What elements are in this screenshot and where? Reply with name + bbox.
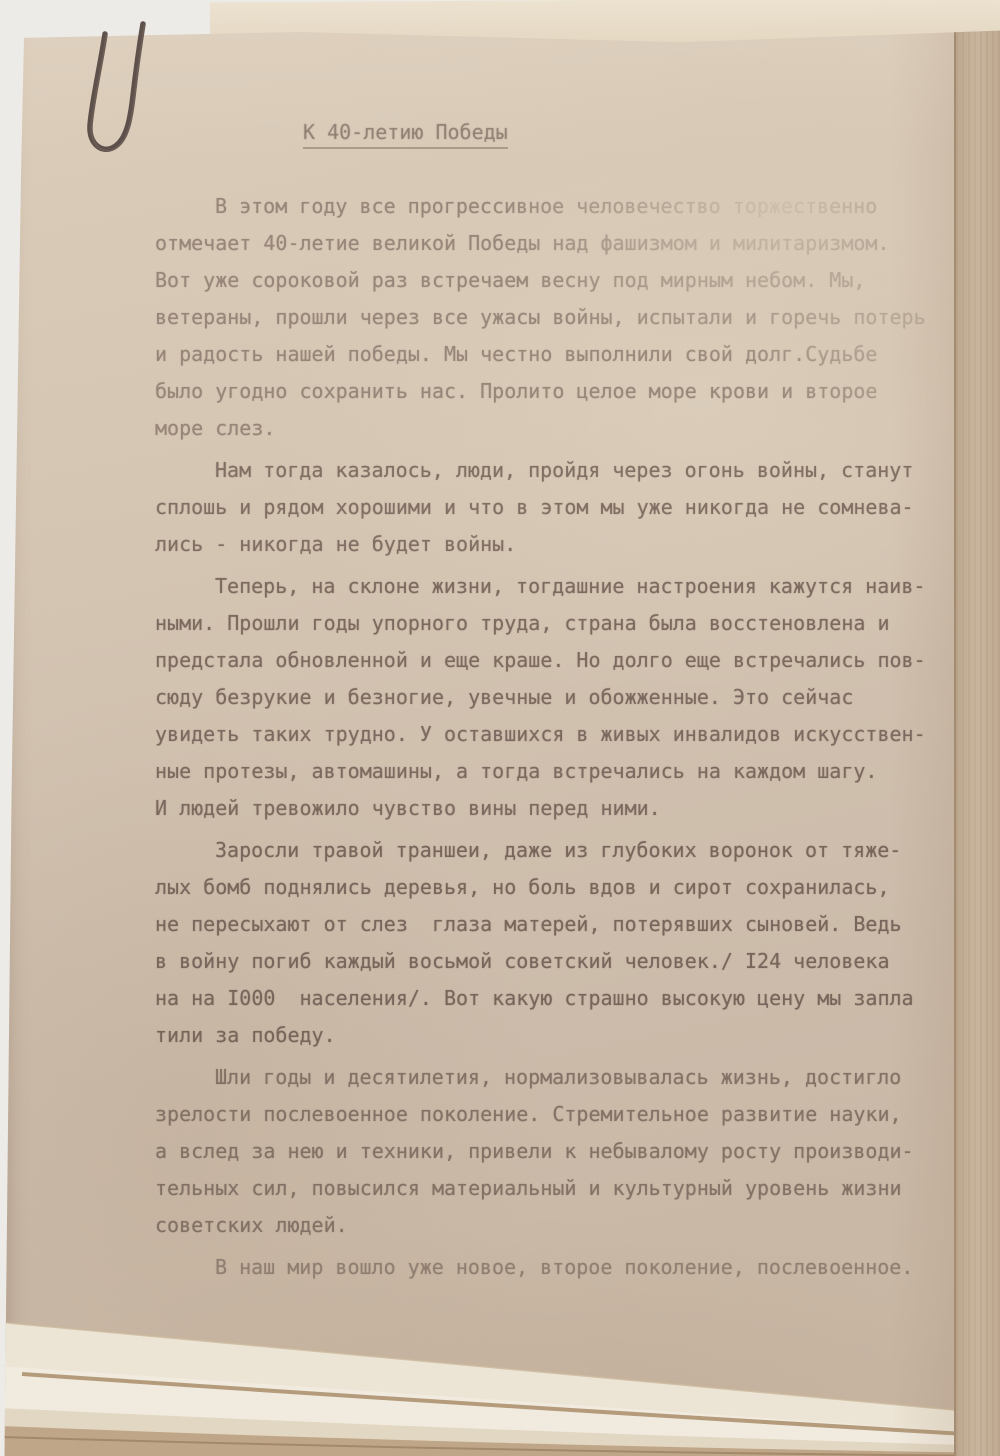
paragraph-4: Заросли травой траншеи, даже из глубоких… — [155, 832, 955, 1054]
text-line: Вот уже сороковой раз встречаем весну по… — [155, 262, 955, 299]
page-title: К 40-летию Победы — [303, 120, 508, 149]
text-line: и радость нашей победы. Мы честно выполн… — [155, 336, 955, 373]
text-line: а вслед за нею и техники, привели к небы… — [155, 1133, 955, 1170]
text-line: море слез. — [155, 410, 955, 447]
text-line: Нам тогда казалось, люди, пройдя через о… — [155, 452, 955, 489]
stacked-pages-bottom-edge — [0, 1296, 1000, 1456]
paragraph-1: В этом году все прогрессивное человечест… — [155, 188, 955, 447]
text-line: зрелости послевоенное поколение. Стремит… — [155, 1096, 955, 1133]
text-line: увидеть таких трудно. У оставшихся в жив… — [155, 716, 955, 753]
text-line: не пересыхают от слез глаза матерей, пот… — [155, 906, 955, 943]
text-line: тили за победу. — [155, 1017, 955, 1054]
text-line: лись - никогда не будет войны. — [155, 526, 955, 563]
text-line: ными. Прошли годы упорного труда, страна… — [155, 605, 955, 642]
text-line: тельных сил, повысился материальный и ку… — [155, 1170, 955, 1207]
paperclip-icon — [70, 10, 180, 170]
text-line: предстала обновленной и еще краше. Но до… — [155, 642, 955, 679]
text-line: ные протезы, автомашины, а тогда встреча… — [155, 753, 955, 790]
text-line: Заросли травой траншеи, даже из глубоких… — [155, 832, 955, 869]
paragraph-5: Шли годы и десятилетия, нормализовывалас… — [155, 1059, 955, 1244]
text-line: Теперь, на склоне жизни, тогдашние настр… — [155, 568, 955, 605]
text-line: И людей тревожило чувство вины перед ним… — [155, 790, 955, 827]
document-page: К 40-летию Победы В этом году все прогре… — [0, 0, 1000, 1456]
text-line: сплошь и рядом хорошими и что в этом мы … — [155, 489, 955, 526]
text-line: В этом году все прогрессивное человечест… — [155, 188, 955, 225]
text-line: отмечает 40-летие великой Победы над фаш… — [155, 225, 955, 262]
text-line: на на I000 населения/. Вот какую страшно… — [155, 980, 955, 1017]
text-line: в войну погиб каждый восьмой советский ч… — [155, 943, 955, 980]
paragraph-2: Нам тогда казалось, люди, пройдя через о… — [155, 452, 955, 563]
text-line: было угодно сохранить нас. Пролито целое… — [155, 373, 955, 410]
paragraph-6: В наш мир вошло уже новое, второе поколе… — [155, 1249, 955, 1286]
text-line: лых бомб поднялись деревья, но боль вдов… — [155, 869, 955, 906]
right-edge-shadow — [890, 30, 960, 1456]
text-line: В наш мир вошло уже новое, второе поколе… — [155, 1249, 955, 1286]
scanned-document: К 40-летию Победы В этом году все прогре… — [0, 0, 1000, 1456]
text-line: сюду безрукие и безногие, увечные и обож… — [155, 679, 955, 716]
typewritten-text: В этом году все прогрессивное человечест… — [155, 188, 955, 1286]
text-line: советских людей. — [155, 1207, 955, 1244]
text-line: Шли годы и десятилетия, нормализовывалас… — [155, 1059, 955, 1096]
text-line: ветераны, прошли через все ужасы войны, … — [155, 299, 955, 336]
right-fold-edge — [954, 30, 1000, 1456]
paragraph-3: Теперь, на склоне жизни, тогдашние настр… — [155, 568, 955, 827]
